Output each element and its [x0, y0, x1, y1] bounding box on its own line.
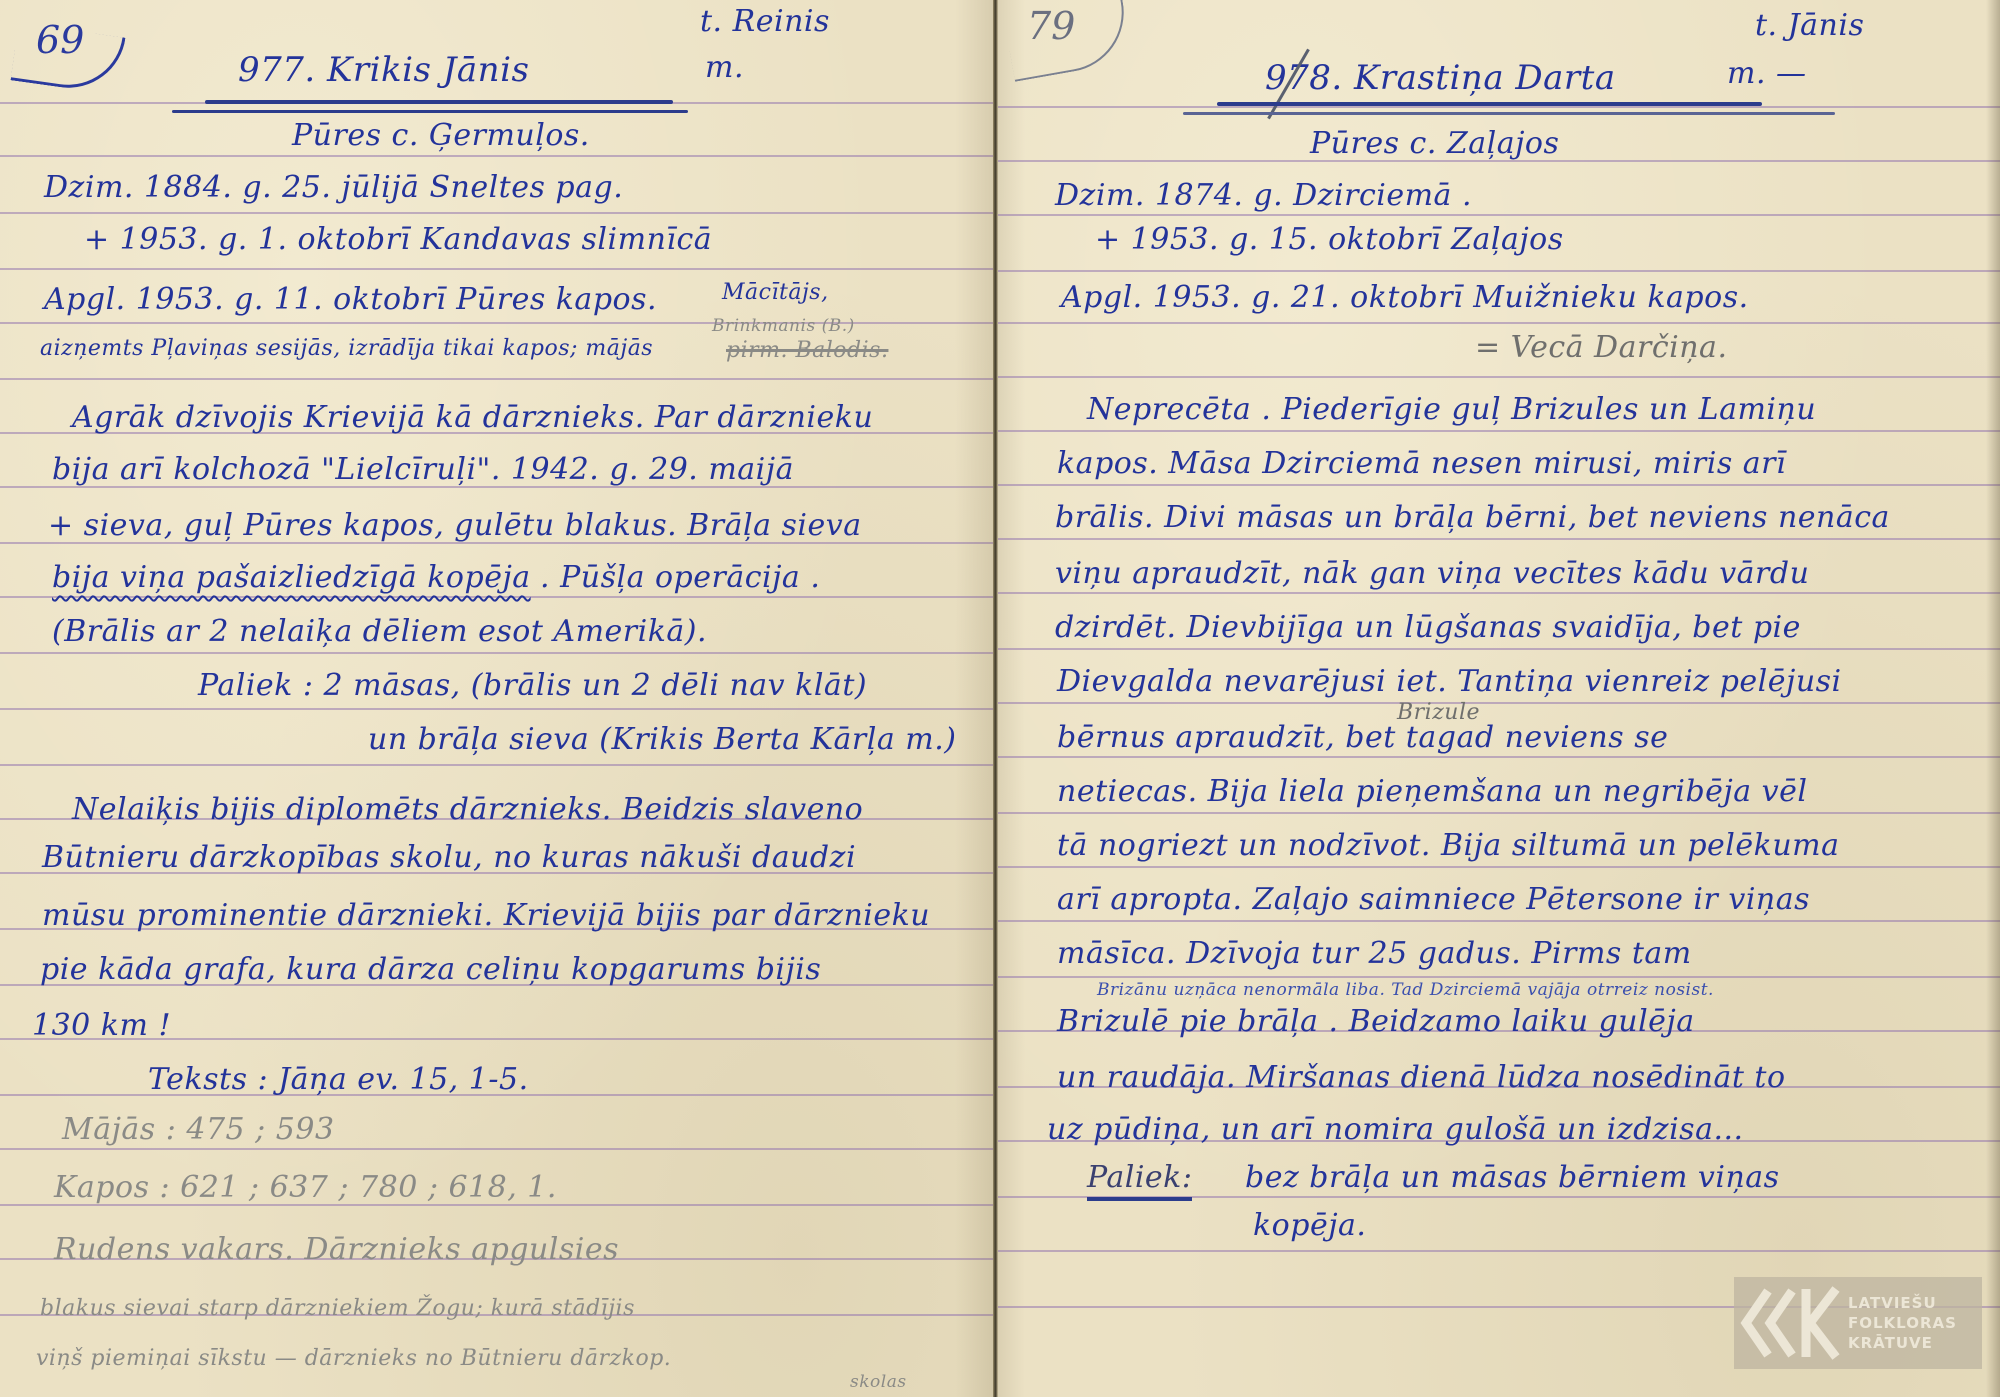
ruled-line: [995, 1250, 2000, 1252]
ruled-line: [0, 652, 995, 654]
entry-line: aizņemts Pļaviņas sesijās, izrādīja tika…: [40, 336, 653, 361]
entry-line: netiecas. Bija liela pieņemšana un negri…: [1057, 774, 1807, 809]
ruled-line: [0, 155, 995, 157]
entry-line: 130 km !: [32, 1008, 171, 1043]
entry-line-underlined: bija viņa pašaizliedzīgā kopēja: [52, 560, 531, 595]
entry-line: Mācītājs,: [722, 280, 829, 305]
entry-line: viņu apraudzīt, nāk gan viņa vecītes kād…: [1055, 556, 1809, 591]
entry-line: Dzim. 1874. g. Dzirciemā .: [1055, 178, 1472, 213]
ruled-line: [0, 708, 995, 710]
entry-line: Brizulē pie brāļa . Beidzamo laiku gulēj…: [1057, 1004, 1695, 1039]
ruled-line: [995, 376, 2000, 378]
ruled-line: [995, 430, 2000, 432]
entry-line: bērnus apraudzīt, bet tagad neviens se: [1057, 720, 1668, 755]
entry-line: Neprecēta . Piederīgie guļ Brizules un L…: [1087, 392, 1816, 427]
ruled-line: [0, 378, 995, 380]
entry-line: arī apropta. Zaļajo saimniece Pētersone …: [1057, 882, 1810, 917]
pencil-line: blakus sievai starp dārzniekiem Žogu; ku…: [40, 1296, 635, 1321]
entry-line: . Pūšļa operācija .: [540, 560, 820, 595]
ruled-line: [0, 596, 995, 598]
corner-note: t. Jānis: [1755, 8, 1864, 43]
title-underline: [1217, 102, 1762, 106]
entry-line: māsīca. Dzīvoja tur 25 gadus. Pirms tam: [1057, 936, 1692, 971]
ruled-line: [995, 812, 2000, 814]
entry-line: Dzim. 1884. g. 25. jūlijā Sneltes pag.: [44, 170, 623, 205]
entry-line: mūsu prominentie dārznieki. Krievijā bij…: [42, 898, 930, 933]
entry-line: (Brālis ar 2 nelaiķa dēliem esot Amerikā…: [52, 614, 707, 649]
notebook-spread: 69 t. Reinis m. 977. Krikis Jānis Pūres …: [0, 0, 2000, 1397]
watermark-line: LATVIEŠU: [1848, 1293, 1957, 1313]
ruled-line: [0, 1148, 995, 1150]
ruled-line: [0, 212, 995, 214]
entry-line: bija arī kolchozā "Lielcīruļi". 1942. g.…: [52, 452, 794, 487]
entry-line: + 1953. g. 15. oktobrī Zaļajos: [1095, 222, 1564, 257]
inserted-line: Brizānu uzņāca nenormāla liba. Tad Dzirc…: [1097, 980, 1714, 1000]
entry-line: kapos. Māsa Dzirciemā nesen mirusi, miri…: [1057, 446, 1786, 481]
ruled-line: [995, 106, 2000, 108]
ruled-line: [995, 866, 2000, 868]
entry-label-underlined: Paliek:: [1087, 1160, 1192, 1201]
lfk-logo-icon: [1734, 1277, 1842, 1369]
entry-line: Būtnieru dārzkopības skolu, no kuras nāk…: [42, 840, 856, 875]
page-number-circle: [10, 23, 125, 95]
entry-line: un brāļa sieva (Krikis Berta Kārļa m.): [368, 722, 956, 757]
entry-title: 978. Krastiņa Darta: [1265, 58, 1616, 98]
ruled-line: [995, 214, 2000, 216]
entry-line: + sieva, guļ Pūres kapos, gulētu blakus.…: [48, 508, 862, 543]
page-number-circle: [1001, 0, 1133, 82]
entry-line: bez brāļa un māsas bērniem viņas: [1245, 1160, 1780, 1195]
pencil-line: skolas: [850, 1372, 907, 1392]
pencil-line: Kapos : 621 ; 637 ; 780 ; 618, 1.: [54, 1170, 557, 1205]
entry-line: Teksts : Jāņa ev. 15, 1-5.: [148, 1062, 529, 1097]
entry-line: Nelaiķis bijis diplomēts dārznieks. Beid…: [72, 792, 863, 827]
entry-line: + 1953. g. 1. oktobrī Kandavas slimnīcā: [84, 222, 712, 257]
pencil-line: Rudens vakars. Dārznieks apgulsies: [54, 1232, 619, 1267]
ruled-line: [995, 756, 2000, 758]
ruled-line: [0, 764, 995, 766]
margin-note: = Vecā Darčiņa.: [1475, 330, 1727, 365]
ruled-line: [995, 484, 2000, 486]
entry-line: Paliek : 2 māsas, (brālis un 2 dēli nav …: [198, 668, 867, 703]
entry-subtitle: Pūres c. Ģermuļos.: [292, 118, 590, 153]
ruled-line: [995, 270, 2000, 272]
entry-line: un raudāja. Miršanas dienā lūdza nosēdin…: [1057, 1060, 1786, 1095]
archive-watermark-logo: LATVIEŠU FOLKLORAS KRĀTUVE: [1734, 1277, 1982, 1369]
binding-gutter: [993, 0, 998, 1397]
watermark-line: FOLKLORAS: [1848, 1313, 1957, 1333]
ruled-line: [995, 702, 2000, 704]
entry-line: tā nogriezt un nodzīvot. Bija siltumā un…: [1057, 828, 1839, 863]
corner-note: m. —: [1727, 56, 1807, 91]
entry-title: 977. Krikis Jānis: [238, 50, 529, 90]
ruled-line: [995, 538, 2000, 540]
pencil-insertion: Brinkmanis (B.): [712, 316, 855, 336]
ruled-line: [995, 976, 2000, 978]
title-underline: [172, 110, 688, 113]
right-page: 79 t. Jānis m. — 978. Krastiņa Darta Pūr…: [995, 0, 2000, 1397]
left-page: 69 t. Reinis m. 977. Krikis Jānis Pūres …: [0, 0, 995, 1397]
entry-line: Dievgalda nevarējusi iet. Tantiņa vienre…: [1057, 664, 1842, 699]
entry-line: Apgl. 1953. g. 21. oktobrī Muižnieku kap…: [1061, 280, 1749, 315]
entry-line: dzirdēt. Dievbijīga un lūgšanas svaidīja…: [1055, 610, 1801, 645]
pencil-line: viņš piemiņai sīkstu — dārznieks no Būtn…: [36, 1346, 671, 1371]
title-underline: [1183, 112, 1835, 115]
title-underline: [205, 100, 673, 104]
ruled-line: [0, 268, 995, 270]
pencil-line: Mājās : 475 ; 593: [62, 1112, 335, 1147]
entry-line: pie kāda grafa, kura dārza celiņu kopgar…: [40, 952, 821, 987]
corner-note: m.: [705, 50, 744, 85]
entry-line: Agrāk dzīvojis Krievijā kā dārznieks. Pa…: [72, 400, 873, 435]
entry-line: Apgl. 1953. g. 11. oktobrī Pūres kapos.: [44, 282, 657, 317]
corner-note: t. Reinis: [700, 4, 830, 39]
ruled-line: [995, 648, 2000, 650]
struck-text: pirm. Balodis.: [726, 338, 888, 363]
entry-subtitle: Pūres c. Zaļajos: [1310, 126, 1559, 161]
watermark-line: KRĀTUVE: [1848, 1333, 1957, 1353]
entry-line: uz pūdiņa, un arī nomira gulošā un izdzi…: [1047, 1112, 1744, 1147]
ruled-line: [995, 592, 2000, 594]
ruled-line: [995, 322, 2000, 324]
entry-line: brālis. Divi māsas un brāļa bērni, bet n…: [1055, 500, 1890, 535]
ruled-line: [995, 920, 2000, 922]
entry-line: kopēja.: [1253, 1208, 1366, 1243]
